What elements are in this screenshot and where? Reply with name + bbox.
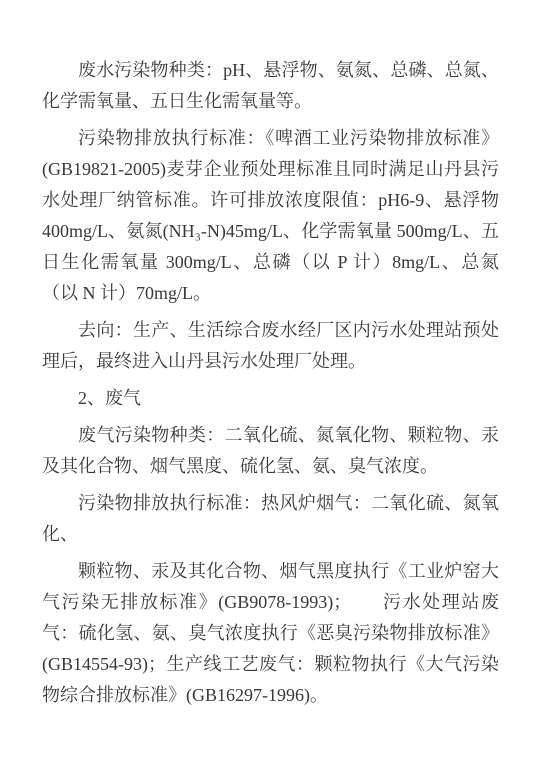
section-heading-waste-gas: 2、废气 bbox=[42, 383, 499, 414]
paragraph-waste-gas-pollutant-types: 废气污染物种类：二氧化硫、氮氧化物、颗粒物、汞及其化合物、烟气黑度、硫化氢、氨、… bbox=[42, 420, 499, 482]
paragraph-wastewater-destination: 去向：生产、生活综合废水经厂区内污水处理站预处理后，最终进入山丹县污水处理厂处理… bbox=[42, 315, 499, 377]
paragraph-wastewater-pollutant-types: 废水污染物种类：pH、悬浮物、氨氮、总磷、总氮、化学需氧量、五日生化需氧量等。 bbox=[42, 55, 499, 117]
paragraph-wastewater-discharge-standards: 污染物排放执行标准：《啤酒工业污染物排放标准》(GB19821-2005)麦芽企… bbox=[42, 123, 499, 309]
paragraph-waste-gas-standards-part2: 颗粒物、汞及其化合物、烟气黑度执行《工业炉窑大气污染无排放标准》(GB9078-… bbox=[42, 556, 499, 711]
document-page: 废水污染物种类：pH、悬浮物、氨氮、总磷、总氮、化学需氧量、五日生化需氧量等。 … bbox=[0, 0, 533, 758]
paragraph-waste-gas-standards-part1: 污染物排放执行标准：热风炉烟气：二氧化硫、氮氧化、 bbox=[42, 488, 499, 550]
